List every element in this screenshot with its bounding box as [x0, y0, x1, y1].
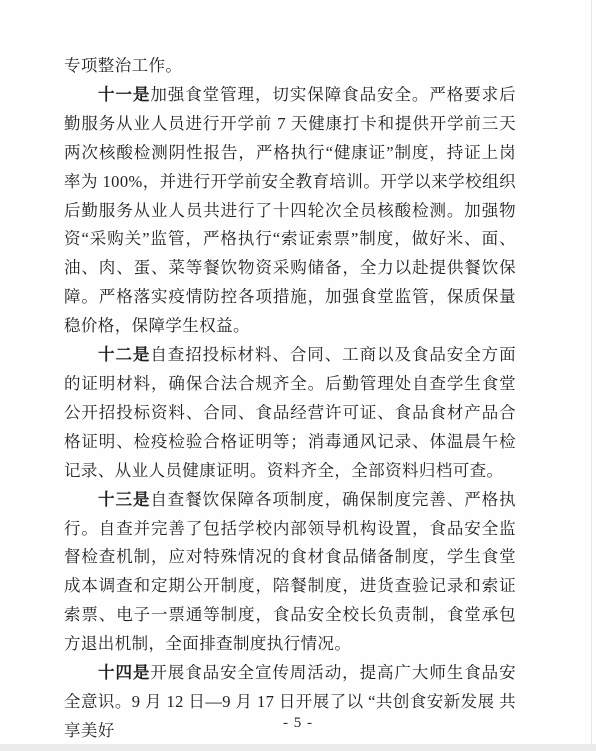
page-number: - 5 - [0, 715, 596, 732]
scan-edge-bottom [0, 744, 596, 751]
paragraph: 十二是自查招投标材料、合同、工商以及食品安全方面的证明材料，确保合法合规齐全。后… [64, 341, 516, 486]
paragraph-lead: 十二是 [98, 345, 150, 364]
paragraph: 十四是开展食品安全宣传周活动，提高广大师生食品安全意识。9 月 12 日—9 月… [64, 659, 516, 746]
paragraph: 十一是加强食堂管理，切实保障食品安全。严格要求后勤服务从业人员进行开学前 7 天… [64, 81, 516, 341]
paragraph-lead: 十三是 [98, 490, 150, 509]
paragraph: 专项整治工作。 [64, 52, 516, 81]
paragraph: 十三是自查餐饮保障各项制度，确保制度完善、严格执行。自查并完善了包括学校内部领导… [64, 486, 516, 659]
paragraph-lead: 十四是 [98, 663, 150, 682]
document-body: 专项整治工作。十一是加强食堂管理，切实保障食品安全。严格要求后勤服务从业人员进行… [64, 52, 516, 746]
document-page: 专项整治工作。十一是加强食堂管理，切实保障食品安全。严格要求后勤服务从业人员进行… [0, 0, 596, 744]
paragraph-lead: 十一是 [98, 85, 150, 104]
